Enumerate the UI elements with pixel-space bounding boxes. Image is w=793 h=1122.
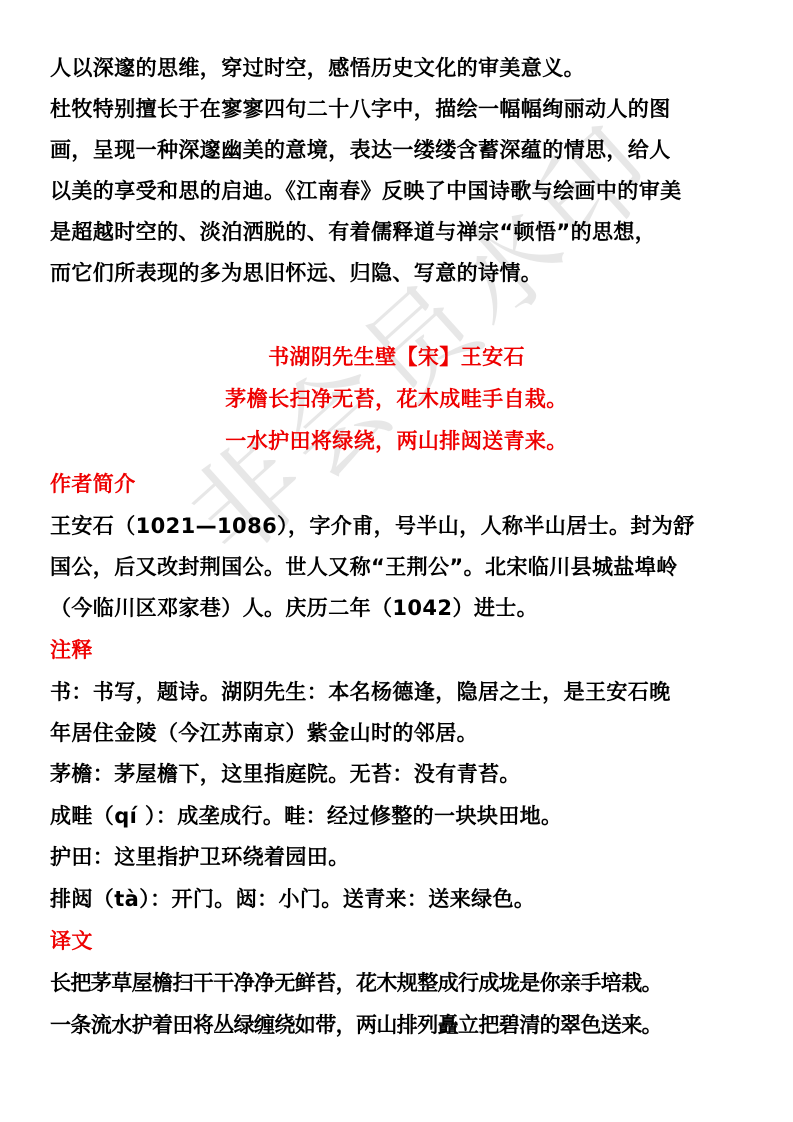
intro-line-3: 画，呈现一种深邃幽美的意境，表达一缕缕含蓄深蕴的情思，给人 (50, 136, 671, 164)
notes-heading: 注释 (50, 636, 93, 664)
intro-line-4: 以美的享受和思的启迪。《江南春》反映了中国诗歌与绘画中的审美 (50, 177, 682, 205)
intro-line-5: 是超越时空的、淡泊洒脱的、有着儒释道与禅宗“顿悟”的思想， (50, 218, 656, 246)
notes-line-1: 书：书写，题诗。湖阴先生：本名杨德逢，隐居之士，是王安石晚 (50, 678, 671, 706)
author-line-2: 国公，后又改封荆国公。世人又称“王荆公”。北宋临川县城盐埠岭 (50, 553, 678, 581)
author-line-3: （今临川区邓家巷）人。庆历二年（1042）进士。 (50, 594, 538, 622)
notes-line-5: 护田：这里指护卫环绕着园田。 (50, 843, 350, 871)
notes-line-2: 年居住金陵（今江苏南京）紫金山时的邻居。 (50, 719, 478, 747)
intro-line-1: 人以深邃的思维，穿过时空，感悟历史文化的审美意义。 (50, 54, 585, 82)
notes-line-6: 排闼（tà）：开门。闼：小门。送青来：送来绿色。 (50, 885, 535, 913)
notes-line-4: 成畦（qí ）：成垄成行。畦：经过修整的一块块田地。 (50, 802, 562, 830)
author-line-1: 王安石（1021—1086），字介甫，号半山，人称半山居士。封为舒 (50, 512, 695, 540)
author-heading: 作者简介 (50, 470, 136, 498)
poem-line-2: 一水护田将绿绕，两山排闼送青来。 (0, 427, 793, 455)
notes-line-3: 茅檐：茅屋檐下，这里指庭院。无苔：没有青苔。 (50, 760, 521, 788)
intro-line-6: 而它们所表现的多为思旧怀远、归隐、写意的诗情。 (50, 259, 542, 287)
poem-line-1: 茅檐长扫净无苔，花木成畦手自栽。 (0, 385, 793, 413)
translation-heading: 译文 (50, 927, 93, 955)
translation-line-1: 长把茅草屋檐扫干干净净无鲜苔，花木规整成行成垅是你亲手培栽。 (50, 969, 662, 997)
document-page: 非会员水印 人以深邃的思维，穿过时空，感悟历史文化的审美意义。 杜牧特别擅长于在… (0, 0, 793, 1122)
intro-line-2: 杜牧特别擅长于在寥寥四句二十八字中，描绘一幅幅绚丽动人的图 (50, 95, 671, 123)
poem-title: 书湖阴先生壁【宋】王安石 (0, 343, 793, 371)
translation-line-2: 一条流水护着田将丛绿缠绕如带，两山排列矗立把碧清的翠色送来。 (50, 1011, 662, 1039)
